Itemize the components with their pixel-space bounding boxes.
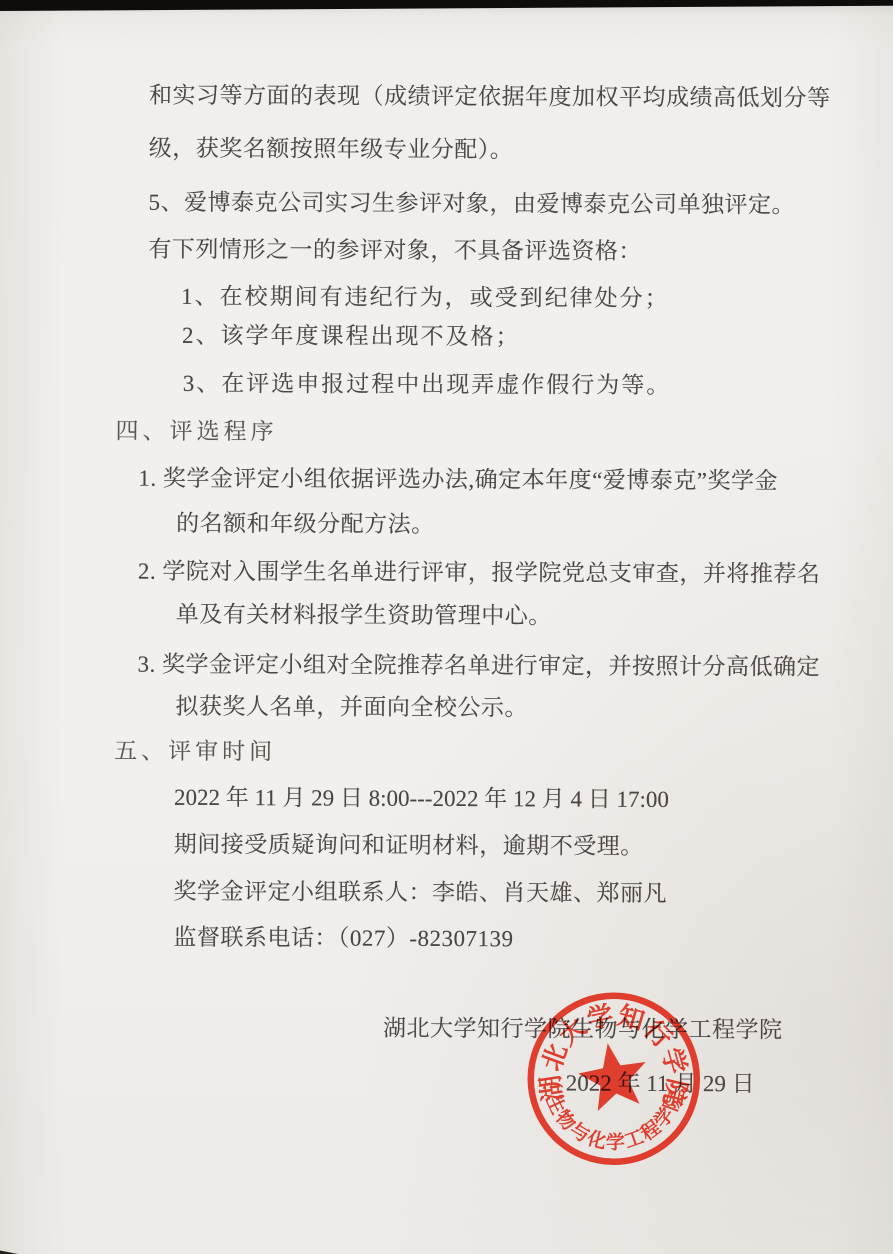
- doc-line: 和实习等方面的表现（成绩评定依据年度加权平均成绩高低划分等: [149, 83, 831, 112]
- doc-line: 期间接受质疑询问和证明材料，逾期不受理。: [174, 832, 644, 860]
- doc-line: 1. 奖学金评定小组依据评选办法,确定本年度“爱博泰克”奖学金: [138, 466, 778, 495]
- doc-line: 的名额和年级分配方法。: [176, 511, 435, 539]
- document-content: 和实习等方面的表现（成绩评定依据年度加权平均成绩高低划分等 级，获奖名额按照年级…: [0, 0, 893, 1254]
- doc-line: 2、该学年度课程出现不及格；: [182, 323, 521, 351]
- doc-line: 2. 学院对入围学生名单进行评审，报学院党总支审查，并将推荐名: [138, 559, 821, 588]
- official-seal: 湖北大学知行学院 生物与化学工程学院: [518, 983, 709, 1174]
- doc-line: 单及有关材料报学生资助管理中心。: [176, 602, 552, 630]
- document-page: 和实习等方面的表现（成绩评定依据年度加权平均成绩高低划分等 级，获奖名额按照年级…: [0, 0, 893, 1254]
- doc-line: 级，获奖名额按照年级专业分配）。: [149, 136, 514, 164]
- doc-line: 拟获奖人名单，并面向全校公示。: [175, 694, 528, 722]
- section-heading: 四、评选程序: [116, 419, 278, 446]
- doc-line: 1、在校期间有违纪行为，或受到纪律处分；: [181, 284, 670, 313]
- doc-line: 3、在评选申报过程中出现弄虚作假行为等。: [183, 371, 672, 400]
- doc-line: 5、爱博泰克公司实习生参评对象，由爱博泰克公司单独评定。: [149, 190, 796, 219]
- doc-line: 3. 奖学金评定小组对全院推荐名单进行审定，并按照计分高低确定: [138, 652, 821, 681]
- section-heading: 五、评审时间: [114, 739, 276, 766]
- doc-line: 有下列情形之一的参评对象，不具备评选资格：: [148, 237, 642, 266]
- doc-line: 奖学金评定小组联系人：李皓、肖天雄、郑丽凡: [174, 879, 668, 908]
- doc-line: 监督联系电话：（027）-82307139: [173, 925, 513, 953]
- seal-star-icon: [574, 1037, 652, 1113]
- doc-line: 2022 年 11 月 29 日 8:00---2022 年 12 月 4 日 …: [174, 785, 669, 814]
